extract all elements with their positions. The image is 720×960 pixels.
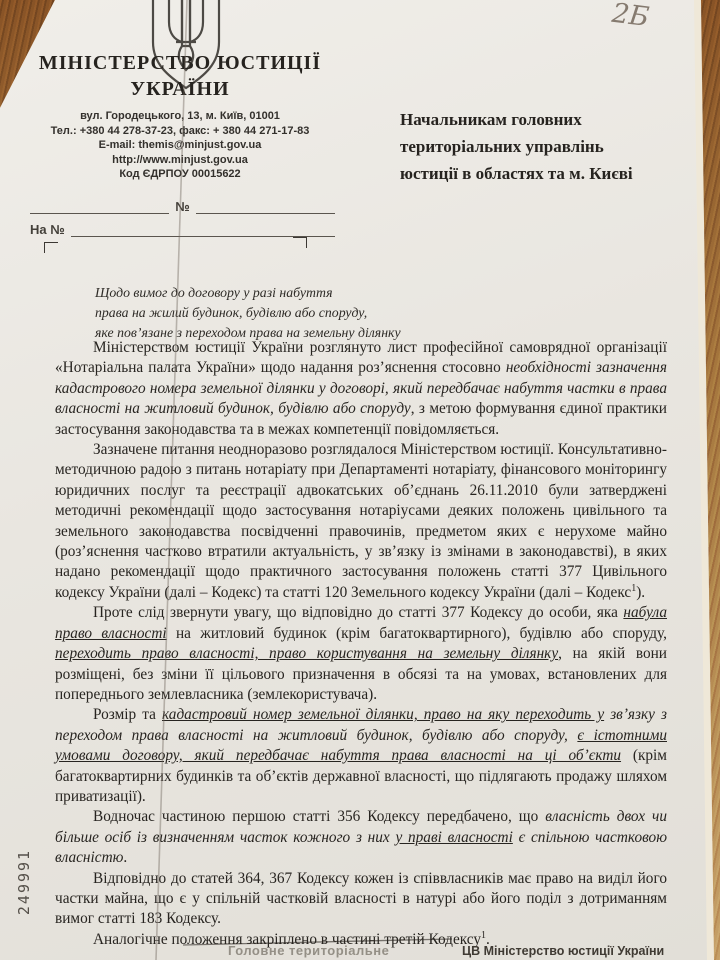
paragraph: Зазначене питання неодноразово розглядал… — [55, 440, 667, 603]
paragraph: Проте слід звернути увагу, що відповідно… — [55, 603, 667, 705]
paragraph: Міністерством юстиції України розглянуто… — [55, 338, 667, 440]
blank-line — [196, 195, 335, 214]
text-line: права на жилий будинок, будівлю або спор… — [95, 303, 435, 323]
blank-line — [71, 218, 335, 237]
reply-number-row: На № — [30, 219, 335, 237]
text-line: юстиції в областях та м. Києві — [400, 160, 662, 187]
body-paragraphs: Міністерством юстиції України розглянуто… — [55, 338, 667, 950]
subject-block: Щодо вимог до договору у разі набуттяпра… — [95, 283, 435, 343]
reply-label: На № — [30, 222, 71, 237]
text-line: Щодо вимог до договору у разі набуття — [95, 283, 435, 303]
reference-number-block: № На № — [30, 196, 335, 242]
paragraph: Водночас частиною першою статті 356 Коде… — [55, 807, 667, 868]
text-line: територіальних управлінь — [400, 133, 662, 160]
letterhead-email: E-mail: themis@minjust.gov.ua — [28, 138, 332, 153]
number-label: № — [169, 199, 196, 214]
outgoing-number-row: № — [30, 196, 335, 214]
text-line: Начальникам головних — [400, 106, 662, 133]
address-zone-corner-right — [293, 237, 307, 248]
bottom-right-stamp-text: ЦВ Міністерство юстиції України — [462, 944, 664, 958]
ministry-title-line1: МІНІСТЕРСТВО ЮСТИЦІЇ — [28, 50, 332, 76]
letterhead: МІНІСТЕРСТВО ЮСТИЦІЇ УКРАЇНИ вул. Городе… — [28, 50, 332, 182]
document-photo: МІНІСТЕРСТВО ЮСТИЦІЇ УКРАЇНИ вул. Городе… — [0, 0, 720, 960]
handwritten-mark: 2Б — [610, 0, 651, 33]
letterhead-edrpou: Код ЄДРПОУ 00015622 — [28, 167, 332, 182]
letterhead-address: вул. Городецького, 13, м. Київ, 01001 — [28, 109, 332, 124]
blank-line — [30, 195, 169, 214]
paragraph: Відповідно до статей 364, 367 Кодексу ко… — [55, 869, 667, 930]
letterhead-phone: Тел.: +380 44 278-37-23, факс: + 380 44 … — [28, 124, 332, 139]
paragraph: Розмір та кадастровий номер земельної ді… — [55, 705, 667, 807]
ministry-title-line2: УКРАЇНИ — [28, 76, 332, 102]
recipient-block: Начальникам головнихтериторіальних управ… — [400, 106, 662, 187]
letterhead-website: http://www.minjust.gov.ua — [28, 153, 332, 168]
letter-paper: МІНІСТЕРСТВО ЮСТИЦІЇ УКРАЇНИ вул. Городе… — [0, 0, 720, 960]
address-zone-corner-left — [44, 242, 58, 253]
serial-number: 249991 — [15, 837, 35, 927]
faint-stamp-text: Головне територіальне — [228, 943, 389, 958]
